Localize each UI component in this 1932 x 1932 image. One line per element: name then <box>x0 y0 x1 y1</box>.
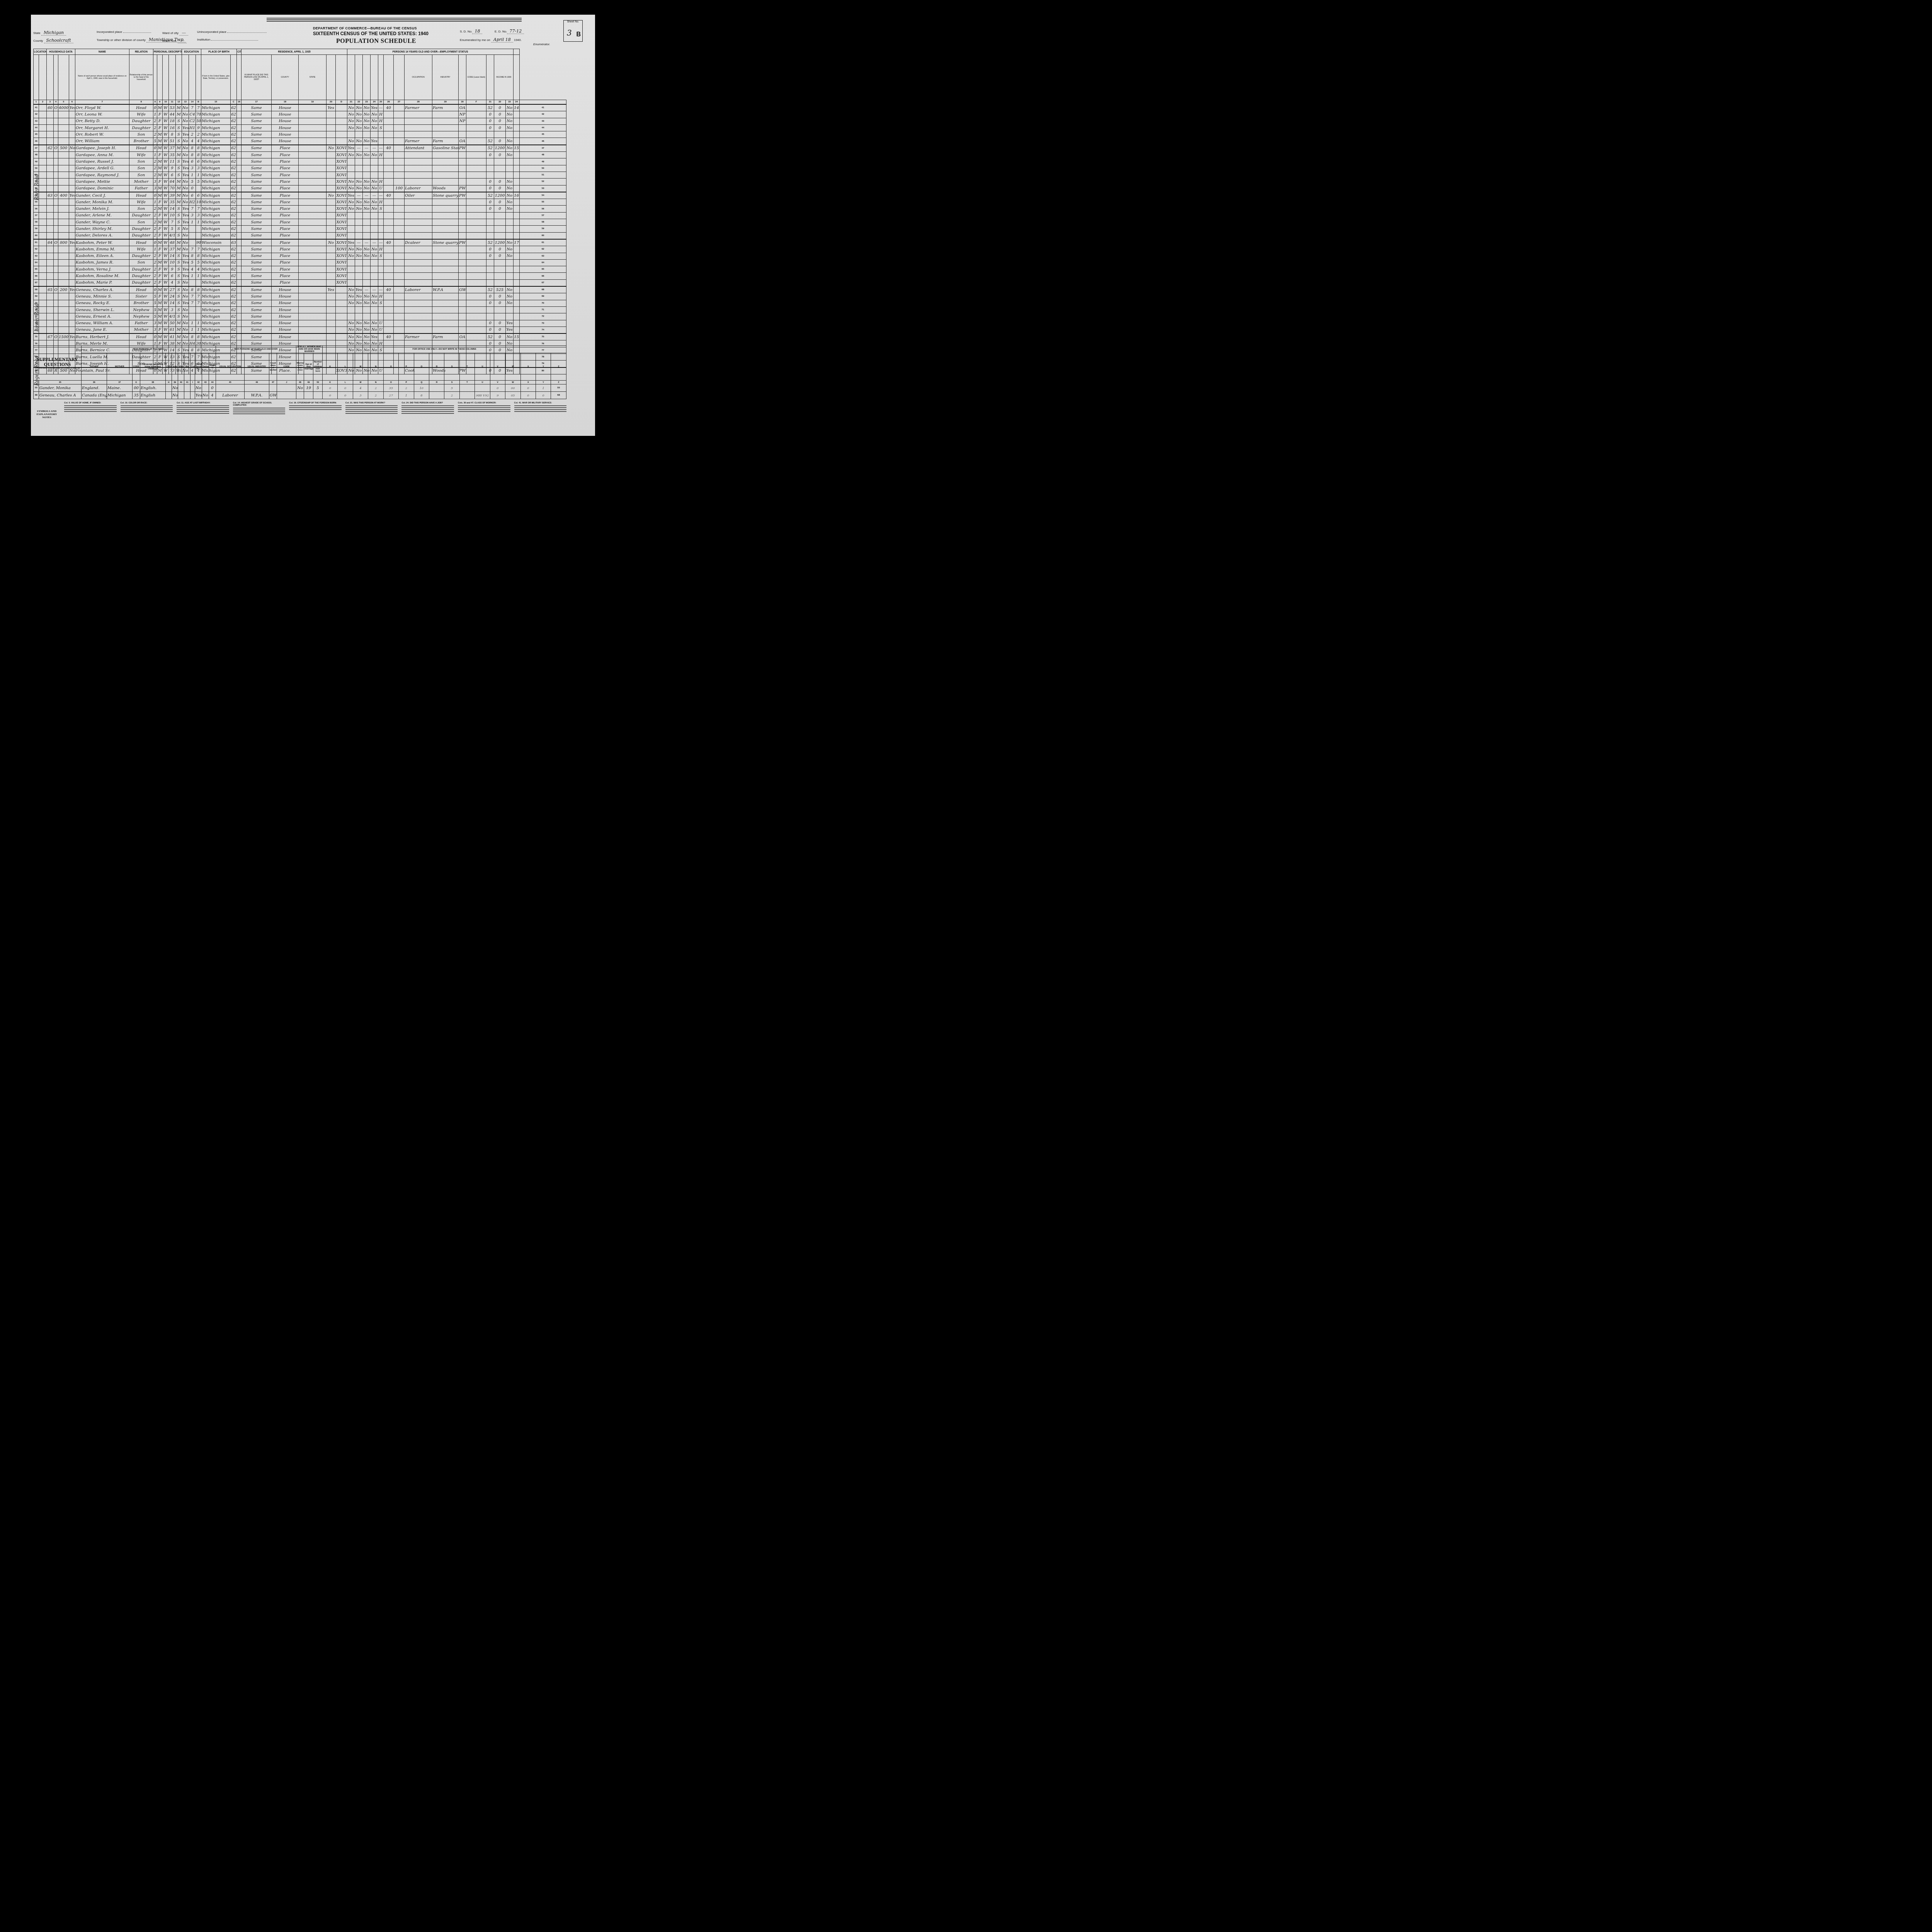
cell-e24: No <box>371 124 378 131</box>
cell-value <box>58 165 69 172</box>
cell-res-code: XOVI <box>336 232 347 239</box>
supp-row: 55Gander, MonikaEngland.Maine.00English.… <box>34 384 566 392</box>
supp-cell-father: England. <box>82 384 107 392</box>
cell-farm <box>69 300 75 306</box>
cell-res-state <box>299 138 327 145</box>
cell-race: W <box>163 226 169 232</box>
supp-col-number: H <box>166 381 172 384</box>
cell-other: No <box>506 124 514 131</box>
cell-e24 <box>371 165 378 172</box>
cell-blank <box>466 313 486 320</box>
cell-blank <box>466 158 486 165</box>
cell-other <box>506 266 514 273</box>
cell-hours <box>384 152 394 158</box>
cell-e25 <box>378 158 384 165</box>
cell-weeks: 0 <box>486 179 494 185</box>
cell-school: Yes <box>182 158 189 165</box>
cell-grade: 8 <box>189 333 196 340</box>
cell-age: 64 <box>169 179 176 185</box>
supp-header: Usual class of worker <box>269 353 277 381</box>
cell-weeks <box>486 172 494 178</box>
cell-other: No <box>506 253 514 259</box>
cell-industry: Gasoline Station <box>432 145 459 152</box>
cell-wages <box>494 279 506 286</box>
cell-code: 2 <box>153 226 157 232</box>
cell-age: 35 <box>169 199 176 206</box>
supp-cell-age-m: 19 <box>304 384 313 392</box>
cell-name: Geneau, Rocky E. <box>75 300 129 306</box>
cell-e25: S <box>378 253 384 259</box>
cell-e22: No <box>355 124 363 131</box>
cell-e21: Yes <box>347 145 355 152</box>
cell-rel: Head <box>129 104 153 111</box>
cell-e24 <box>371 273 378 279</box>
cell-code: 3 <box>153 327 157 333</box>
cell-value <box>58 313 69 320</box>
cell-race: W <box>163 327 169 333</box>
cell-industry <box>432 246 459 253</box>
cell-e24: No <box>371 320 378 327</box>
column-number: A <box>153 100 157 105</box>
cell-rel: Nephew <box>129 306 153 313</box>
cell-other: No <box>506 300 514 306</box>
cell-code: 3 <box>153 320 157 327</box>
cell-name: Gardapee, Raymond J. <box>75 172 129 178</box>
cell-value <box>58 131 69 138</box>
column-number: 8 <box>129 100 153 105</box>
cell-weeks: 52 <box>486 286 494 293</box>
cell-owned <box>54 320 58 327</box>
cell-bc: 62 <box>231 165 237 172</box>
cell-blank <box>237 232 241 239</box>
column-number: 15 <box>201 100 231 105</box>
cell-rel: Daughter <box>129 273 153 279</box>
cell-industry <box>432 306 459 313</box>
cell-owned <box>54 313 58 320</box>
cell-school: Yes <box>182 212 189 219</box>
cell-e23: No <box>363 333 371 340</box>
cell-mar: S <box>176 273 182 279</box>
supp-cell-children <box>313 392 323 399</box>
cell-other: No <box>506 179 514 185</box>
cell-line-right: 67 <box>520 279 566 286</box>
cell-farmsch <box>514 293 520 300</box>
cell-e21 <box>347 306 355 313</box>
cell-farm35 <box>327 246 336 253</box>
cell-weeks-unemp <box>394 279 405 286</box>
cell-res-city: Same <box>241 206 272 212</box>
supp-header: V <box>490 353 505 381</box>
census-row: 63Kasbohm, Eileen A.Daughter2FW14SYes88M… <box>34 253 566 259</box>
cell-weeks-unemp <box>394 118 405 124</box>
cell-grade <box>189 306 196 313</box>
cell-cls <box>459 232 466 239</box>
cell-e21 <box>347 266 355 273</box>
cell-blank <box>466 152 486 158</box>
cell-res-city: Same <box>241 219 272 226</box>
cell-e21 <box>347 226 355 232</box>
cell-blank <box>466 192 486 199</box>
cell-farmsch <box>514 279 520 286</box>
group-line-no <box>514 49 520 55</box>
cell-res-city: Same <box>241 111 272 118</box>
cell-occupation <box>405 259 432 266</box>
cell-dwelling <box>47 273 54 279</box>
cell-farm35 <box>327 165 336 172</box>
cell-dwelling <box>47 306 54 313</box>
cell-name: Gander, Melvin J. <box>75 206 129 212</box>
cell-bc: 62 <box>231 253 237 259</box>
census-title: SIXTEENTH CENSUS OF THE UNITED STATES: 1… <box>313 31 429 36</box>
cell-res-code: XOVI <box>336 199 347 206</box>
cell-age: 37 <box>169 145 176 152</box>
cell-res-city: Same <box>241 313 272 320</box>
cell-e21: No <box>347 320 355 327</box>
group-citizenship: CIT. <box>237 49 241 55</box>
cell-blank <box>237 111 241 118</box>
cell-farm: Yes <box>69 192 75 199</box>
cell-sex: F <box>157 111 163 118</box>
cell-farm <box>69 131 75 138</box>
cell-blank <box>466 111 486 118</box>
cell-rel: Wife <box>129 246 153 253</box>
supp-header: X <box>520 353 536 381</box>
cell-e22: No <box>355 320 363 327</box>
cell-blank <box>39 145 47 152</box>
cell-code: 2 <box>153 259 157 266</box>
cell-farm <box>69 313 75 320</box>
cell-other <box>506 273 514 279</box>
cell-industry <box>432 212 459 219</box>
cell-farmsch <box>514 158 520 165</box>
cell-line-right: 68 <box>520 286 566 293</box>
supp-cell-blank <box>184 384 190 392</box>
cell-race: W <box>163 118 169 124</box>
cell-dwelling <box>47 232 54 239</box>
cell-res-county: Place <box>272 145 299 152</box>
cell-line-right: 54 <box>520 192 566 199</box>
cell-rel: Head <box>129 145 153 152</box>
supp-header: Age at first marriage <box>304 353 313 381</box>
cell-bc: 62 <box>231 259 237 266</box>
cell-e25: S <box>378 206 384 212</box>
cell-cls <box>459 199 466 206</box>
cell-bc: 62 <box>231 179 237 185</box>
cell-bcode: 1 <box>196 273 201 279</box>
cell-res-state <box>299 185 327 192</box>
column-number: 29 <box>432 100 459 105</box>
cell-rel: Son <box>129 206 153 212</box>
cell-res-state <box>299 206 327 212</box>
cell-value <box>58 300 69 306</box>
cell-cls: PW <box>459 192 466 199</box>
cell-wages: 0 <box>494 104 506 111</box>
cell-sex: M <box>157 219 163 226</box>
cell-owned <box>54 246 58 253</box>
supp-office-cell: 27 <box>383 392 398 399</box>
supp-cell-blank <box>277 392 296 399</box>
cell-wages: 0 <box>494 206 506 212</box>
cell-e25: — <box>378 192 384 199</box>
cell-e22: No <box>355 185 363 192</box>
cell-e25 <box>378 219 384 226</box>
cell-race: W <box>163 259 169 266</box>
cell-e22: No <box>355 152 363 158</box>
cell-e24: No <box>371 111 378 118</box>
supp-header: Z <box>551 353 566 381</box>
cell-owned <box>54 232 58 239</box>
cell-blank <box>466 232 486 239</box>
cell-hours <box>384 158 394 165</box>
cell-hours <box>384 313 394 320</box>
cell-res-city: Same <box>241 273 272 279</box>
cell-e24 <box>371 306 378 313</box>
cell-industry <box>432 158 459 165</box>
cell-line: 60 <box>34 232 39 239</box>
cell-e21: No <box>347 152 355 158</box>
cell-blank <box>466 131 486 138</box>
cell-blank <box>237 185 241 192</box>
cell-e25: — <box>378 286 384 293</box>
cell-line: 61 <box>34 239 39 246</box>
cell-school: No <box>182 179 189 185</box>
cell-res-state <box>299 179 327 185</box>
supp-col-number <box>34 381 39 384</box>
cell-occupation <box>405 320 432 327</box>
cell-weeks <box>486 259 494 266</box>
cell-birth: Michigan <box>201 246 231 253</box>
group-birth: PLACE OF BIRTH <box>201 49 237 55</box>
cell-farmsch <box>514 206 520 212</box>
cell-e21: No <box>347 199 355 206</box>
cell-hours <box>384 300 394 306</box>
cell-sex: M <box>157 138 163 145</box>
cell-blank <box>237 172 241 178</box>
cell-mar: M <box>176 104 182 111</box>
cell-birth: Michigan <box>201 179 231 185</box>
cell-grade <box>189 232 196 239</box>
cell-e24: No <box>371 152 378 158</box>
cell-occupation <box>405 179 432 185</box>
cell-birth: Michigan <box>201 273 231 279</box>
cell-farmsch <box>514 226 520 232</box>
cell-farm35 <box>327 219 336 226</box>
cell-blank <box>466 327 486 333</box>
cell-code: 2 <box>153 253 157 259</box>
cell-race: W <box>163 253 169 259</box>
cell-blank <box>39 300 47 306</box>
cell-weeks <box>486 306 494 313</box>
cell-grade: 7 <box>189 293 196 300</box>
cell-blank <box>39 219 47 226</box>
cell-cls: NP <box>459 118 466 124</box>
cell-value <box>58 206 69 212</box>
cell-blank <box>466 300 486 306</box>
cell-rel: Son <box>129 172 153 178</box>
cell-age: 10 <box>169 259 176 266</box>
cell-name: Geneau, William A. <box>75 320 129 327</box>
cell-bc: 62 <box>231 206 237 212</box>
cell-other: No <box>506 118 514 124</box>
cell-e23: No <box>363 253 371 259</box>
cell-e22 <box>355 219 363 226</box>
census-row: 72Geneau, Ernest A.Nephew5MW4/12SNoMichi… <box>34 313 566 320</box>
cell-sex: M <box>157 131 163 138</box>
cell-line-right: 73 <box>520 320 566 327</box>
cell-farm35 <box>327 158 336 165</box>
cell-bcode: 8 <box>196 152 201 158</box>
cell-rel: Mother <box>129 327 153 333</box>
cell-e23 <box>363 259 371 266</box>
cell-weeks-unemp <box>394 273 405 279</box>
cell-value <box>58 138 69 145</box>
cell-farm <box>69 124 75 131</box>
cell-cls <box>459 226 466 232</box>
cell-blank <box>466 172 486 178</box>
cell-blank <box>466 185 486 192</box>
cell-cls <box>459 131 466 138</box>
cell-res-code: XOVI <box>336 212 347 219</box>
supp-office-cell: 0 <box>536 392 551 399</box>
cell-farmsch <box>514 259 520 266</box>
cell-weeks-unemp <box>394 293 405 300</box>
cell-e23: No <box>363 185 371 192</box>
cell-sex: M <box>157 239 163 246</box>
cell-rel: Nephew <box>129 313 153 320</box>
cell-blank <box>39 185 47 192</box>
cell-wages <box>494 273 506 279</box>
cell-e23 <box>363 273 371 279</box>
supp-cell-ded <box>202 384 209 392</box>
cell-rel: Son <box>129 158 153 165</box>
cell-weeks-unemp <box>394 320 405 327</box>
cell-e25 <box>378 259 384 266</box>
cell-e21: No <box>347 179 355 185</box>
cell-blank <box>466 165 486 172</box>
cell-line-right: 49 <box>520 158 566 165</box>
cell-e22: No <box>355 111 363 118</box>
cell-res-city: Same <box>241 179 272 185</box>
cell-blank <box>237 165 241 172</box>
cell-e22 <box>355 172 363 178</box>
cell-bcode <box>196 306 201 313</box>
cell-grade: 1 <box>189 219 196 226</box>
cell-e21 <box>347 131 355 138</box>
cell-res-county: Place <box>272 259 299 266</box>
cell-e25: U <box>378 320 384 327</box>
cell-birth: Michigan <box>201 104 231 111</box>
cell-cls <box>459 300 466 306</box>
cell-farm35 <box>327 300 336 306</box>
street-label-river-road: River Road <box>34 174 39 200</box>
supp-col-number: N <box>368 381 383 384</box>
supp-cell-pct: 4 <box>209 392 216 399</box>
cell-sex: M <box>157 286 163 293</box>
cell-occupation <box>405 158 432 165</box>
cell-grade: 1 <box>189 327 196 333</box>
cell-hours <box>384 320 394 327</box>
cell-birth: Michigan <box>201 111 231 118</box>
supp-office-cell: 0 <box>323 392 338 399</box>
cell-birth: Michigan <box>201 212 231 219</box>
cell-e25: H <box>378 111 384 118</box>
cell-farm <box>69 293 75 300</box>
cell-name: Gander, Shirley M. <box>75 226 129 232</box>
county-value: Schoolcraft <box>44 38 73 43</box>
cell-farm35 <box>327 124 336 131</box>
column-number: 30 <box>459 100 466 105</box>
cell-industry <box>432 327 459 333</box>
cell-res-county: Place <box>272 179 299 185</box>
cell-farm35 <box>327 259 336 266</box>
cell-age: 24 <box>169 293 176 300</box>
cell-line-right: 61 <box>520 239 566 246</box>
cell-bc: 62 <box>231 145 237 152</box>
cell-name: Orr, William <box>75 138 129 145</box>
cell-weeks: 0 <box>486 118 494 124</box>
supp-cell-ss: No <box>195 384 202 392</box>
cell-bcode <box>196 313 201 320</box>
cell-bc: 62 <box>231 131 237 138</box>
state-header: STATE <box>299 55 327 100</box>
cell-e22: No <box>355 293 363 300</box>
cell-name: Gardapee, Mettie <box>75 179 129 185</box>
cell-occupation <box>405 246 432 253</box>
cell-race: W <box>163 185 169 192</box>
cell-weeks-unemp <box>394 104 405 111</box>
cell-blank <box>39 124 47 131</box>
incorporated-place-field: Incorporated place <box>97 30 151 34</box>
cell-school: No <box>182 145 189 152</box>
cell-blank <box>466 333 486 340</box>
cell-line: 46 <box>34 138 39 145</box>
supp-cell-lang: English. <box>140 384 166 392</box>
cell-weeks-unemp <box>394 226 405 232</box>
cell-res-city: Same <box>241 118 272 124</box>
cell-e23: No <box>363 104 371 111</box>
cell-line: 59 <box>34 226 39 232</box>
cell-e25: — <box>378 145 384 152</box>
cell-occupation <box>405 131 432 138</box>
cell-birth: Michigan <box>201 138 231 145</box>
cell-res-city: Same <box>241 327 272 333</box>
cell-age: 4/12 <box>169 232 176 239</box>
cell-res-county: Place <box>272 266 299 273</box>
industry-header: INDUSTRY <box>432 55 459 100</box>
cell-mar: S <box>176 266 182 273</box>
cell-bcode: 2 <box>196 131 201 138</box>
cell-bcode <box>196 226 201 232</box>
cell-owned: O <box>54 286 58 293</box>
cell-cls: OA <box>459 104 466 111</box>
cell-weeks: 52 <box>486 192 494 199</box>
census-row: 6865O200YesGeneau, Charles A.Head0MW27SN… <box>34 286 566 293</box>
census-row: 57Gander, Arlene M.Daughter2FW10SYes33Mi… <box>34 212 566 219</box>
cell-farm35 <box>327 273 336 279</box>
cell-weeks: 52 <box>486 239 494 246</box>
cell-farmsch <box>514 286 520 293</box>
cell-res-state <box>299 293 327 300</box>
cell-cls <box>459 320 466 327</box>
cell-e25 <box>378 266 384 273</box>
cell-e21: No <box>347 104 355 111</box>
cell-other <box>506 219 514 226</box>
cell-grade: H1 <box>189 124 196 131</box>
cell-dwelling <box>47 199 54 206</box>
cell-blank <box>39 118 47 124</box>
group-relation: RELATION <box>129 49 153 55</box>
cell-blank <box>237 152 241 158</box>
